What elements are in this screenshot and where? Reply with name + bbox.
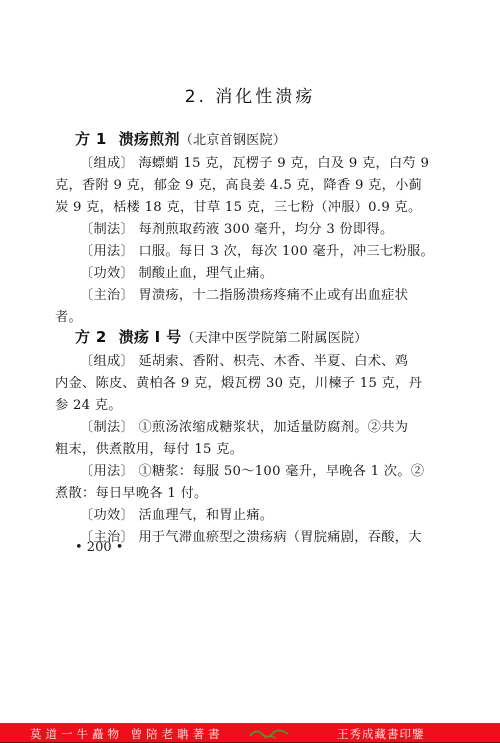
book-page: 2. 消化性溃疡 方 1溃疡煎剂（北京首钢医院） 〔组成〕 海螵蛸 15 克，瓦… [0, 0, 500, 723]
text-line: 粗末，供煮散用，每付 15 克。 [55, 438, 243, 457]
text-line: 〔制法〕 ①煎汤浓缩成糖浆状，加适量防腐剂。②共为 [80, 416, 408, 435]
collector-seal-banner: 莫道一牛矗物 曾陪老聃著書 王秀成藏書印鑒 [0, 723, 500, 743]
text-line: 〔功效〕 活血理气，和胃止痛。 [80, 504, 273, 523]
prescription-heading-2: 方 2溃疡 I 号（天津中医学院第二附属医院） [75, 326, 368, 347]
prescription-number: 方 2 [75, 328, 107, 346]
text-line: 克，香附 9 克，郁金 9 克，高良姜 4.5 克，降香 9 克，小蓟 [55, 174, 422, 193]
banner-logo-icon [248, 726, 292, 743]
text-line: 参 24 克。 [55, 394, 122, 413]
text-line: 〔用法〕 口服。每日 3 次，每次 100 毫升，冲三七粉服。 [80, 240, 434, 259]
prescription-number: 方 1 [75, 130, 107, 148]
prescription-name: 溃疡煎剂 [119, 130, 180, 148]
text-line: 煮散：每日早晚各 1 付。 [55, 482, 208, 501]
prescription-heading-1: 方 1溃疡煎剂（北京首钢医院） [75, 128, 286, 149]
text-line: 〔组成〕 延胡索、香附、枳壳、木香、半夏、白术、鸡 [80, 350, 408, 369]
text-line: 〔功效〕 制酸止血，理气止痛。 [80, 262, 273, 281]
text-line: 〔主治〕 胃溃疡，十二指肠溃疡疼痛不止或有出血症状 [80, 284, 408, 303]
page-number: • 200 • [75, 540, 123, 555]
text-line: 〔制法〕 每剂煎取药液 300 毫升，均分 3 份即得。 [80, 218, 393, 237]
prescription-name: 溃疡 I 号 [119, 328, 182, 346]
section-title: 2. 消化性溃疡 [0, 82, 500, 107]
text-line: 〔用法〕 ①糖浆：每服 50～100 毫升，早晚各 1 次。② [80, 460, 424, 479]
prescription-source: （天津中医学院第二附属医院） [181, 331, 367, 346]
text-line: 者。 [55, 306, 82, 325]
banner-right-text: 王秀成藏書印鑒 [337, 726, 425, 742]
banner-left-text: 莫道一牛矗物 曾陪老聃著書 [30, 726, 224, 742]
text-line: 炭 9 克，栝楼 18 克，甘草 15 克，三七粉（冲服）0.9 克。 [55, 196, 422, 215]
text-line: 〔组成〕 海螵蛸 15 克，瓦楞子 9 克，白及 9 克，白芍 9 [80, 152, 429, 171]
text-line: 〔主治〕 用于气滞血瘀型之溃疡病（胃脘痛剧，吞酸，大 [80, 526, 422, 545]
text-line: 内金、陈皮、黄柏各 9 克，煅瓦楞 30 克，川楝子 15 克，丹 [55, 372, 422, 391]
prescription-source: （北京首钢医院） [180, 133, 286, 148]
